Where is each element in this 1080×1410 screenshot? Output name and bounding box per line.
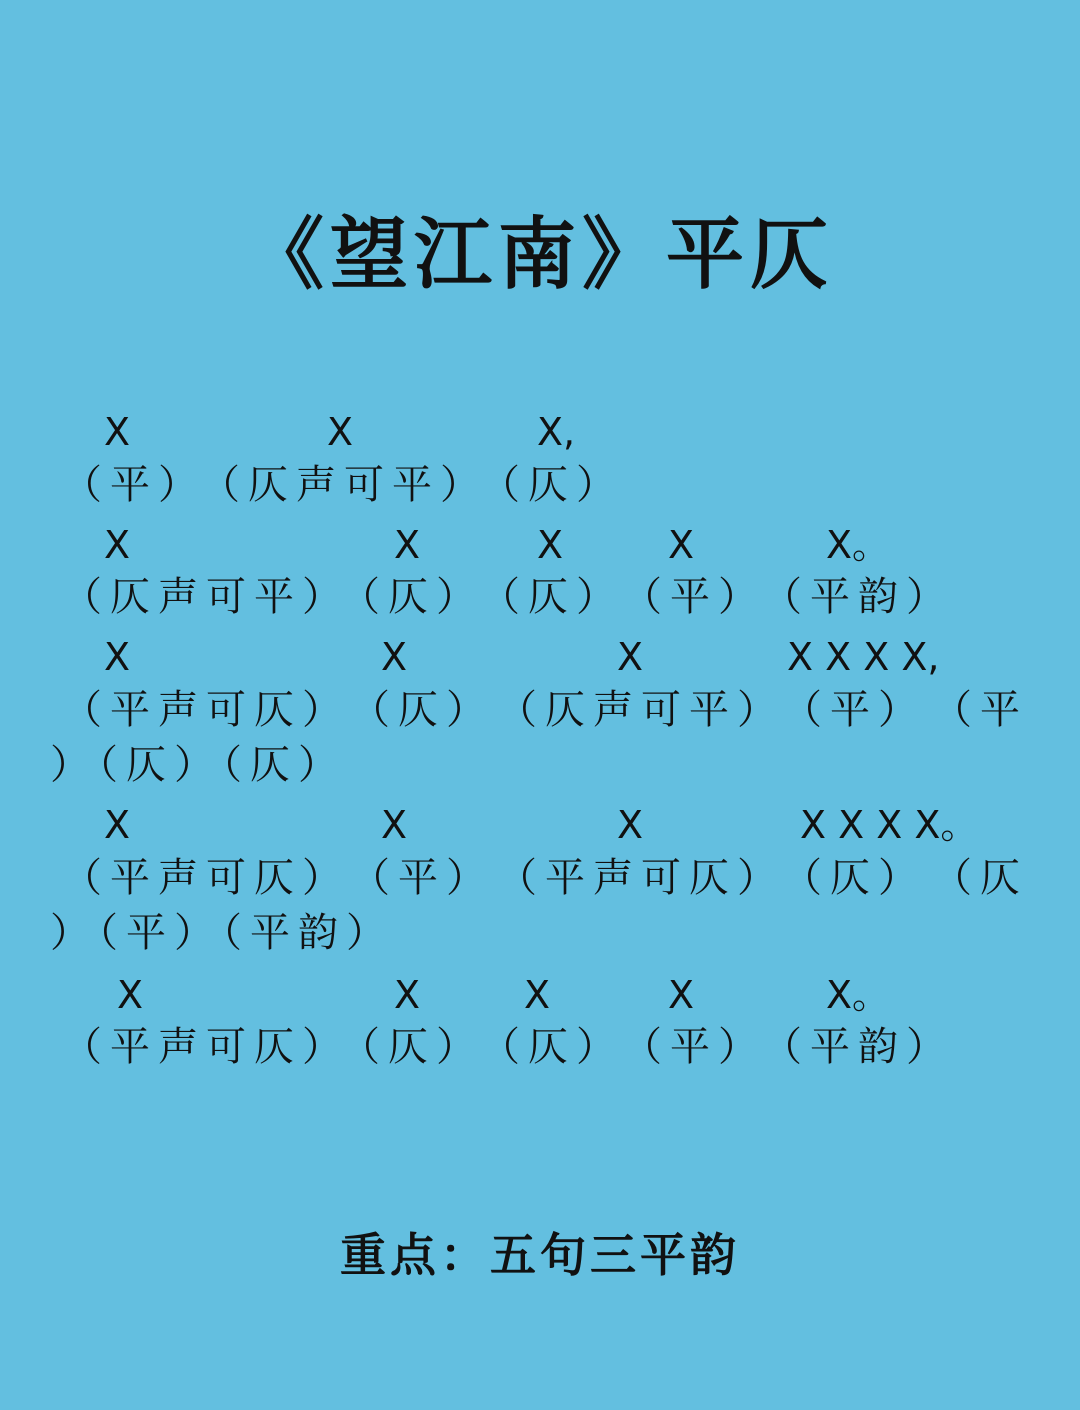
tone-label: （仄声可平）: [497, 685, 785, 735]
tone-label: （仄）: [350, 685, 494, 735]
tone-label: （平声可仄）: [62, 1022, 350, 1072]
tone-label: （平）: [62, 460, 206, 510]
syllable-mark: X: [381, 632, 407, 682]
tone-label: （仄）: [480, 1022, 624, 1072]
tone-label: （平声可仄）: [497, 853, 785, 903]
tone-label: （平声可仄）: [62, 853, 350, 903]
syllable-mark: X: [617, 800, 643, 850]
tone-label: （仄声可平）: [62, 572, 350, 622]
syllable-mark: X: [381, 800, 407, 850]
tone-label: （平韵）: [762, 572, 954, 622]
tone-label-continuation: ）（仄）（仄）: [50, 740, 346, 790]
syllable-mark: X: [668, 970, 694, 1020]
tone-label: （平韵）: [762, 1022, 954, 1072]
syllable-mark: X: [394, 520, 420, 570]
syllable-mark: X X X X。: [800, 800, 978, 850]
syllable-mark: X: [394, 970, 420, 1020]
page-title: 《望江南》平仄: [0, 205, 1080, 305]
syllable-mark: X X X X,: [787, 632, 939, 682]
syllable-mark: X: [524, 970, 550, 1020]
syllable-mark: X,: [537, 407, 575, 457]
syllable-mark: X: [104, 407, 130, 457]
syllable-mark: X: [117, 970, 143, 1020]
tone-label-continuation: ）（平）（平韵）: [50, 908, 394, 958]
syllable-mark: X: [104, 632, 130, 682]
syllable-mark: X: [104, 800, 130, 850]
tone-label: （仄）: [480, 572, 624, 622]
tone-label: （平: [932, 685, 1028, 735]
tone-label: （平）: [622, 1022, 766, 1072]
tone-label: （仄）: [340, 1022, 484, 1072]
tone-label: （仄: [932, 853, 1028, 903]
tone-label: （平）: [622, 572, 766, 622]
syllable-mark: X: [104, 520, 130, 570]
key-point-note: 重点：五句三平韵: [0, 1225, 1080, 1285]
syllable-mark: X: [668, 520, 694, 570]
syllable-mark: X。: [826, 520, 890, 570]
tone-label: （平声可仄）: [62, 685, 350, 735]
tone-label: （仄）: [340, 572, 484, 622]
syllable-mark: X: [327, 407, 353, 457]
tone-label: （平）: [782, 685, 926, 735]
syllable-mark: X: [617, 632, 643, 682]
syllable-mark: X: [537, 520, 563, 570]
tone-label: （仄声可平）: [200, 460, 488, 510]
tone-label: （平）: [350, 853, 494, 903]
tone-label: （仄）: [782, 853, 926, 903]
tone-label: （仄）: [480, 460, 624, 510]
syllable-mark: X。: [826, 970, 890, 1020]
